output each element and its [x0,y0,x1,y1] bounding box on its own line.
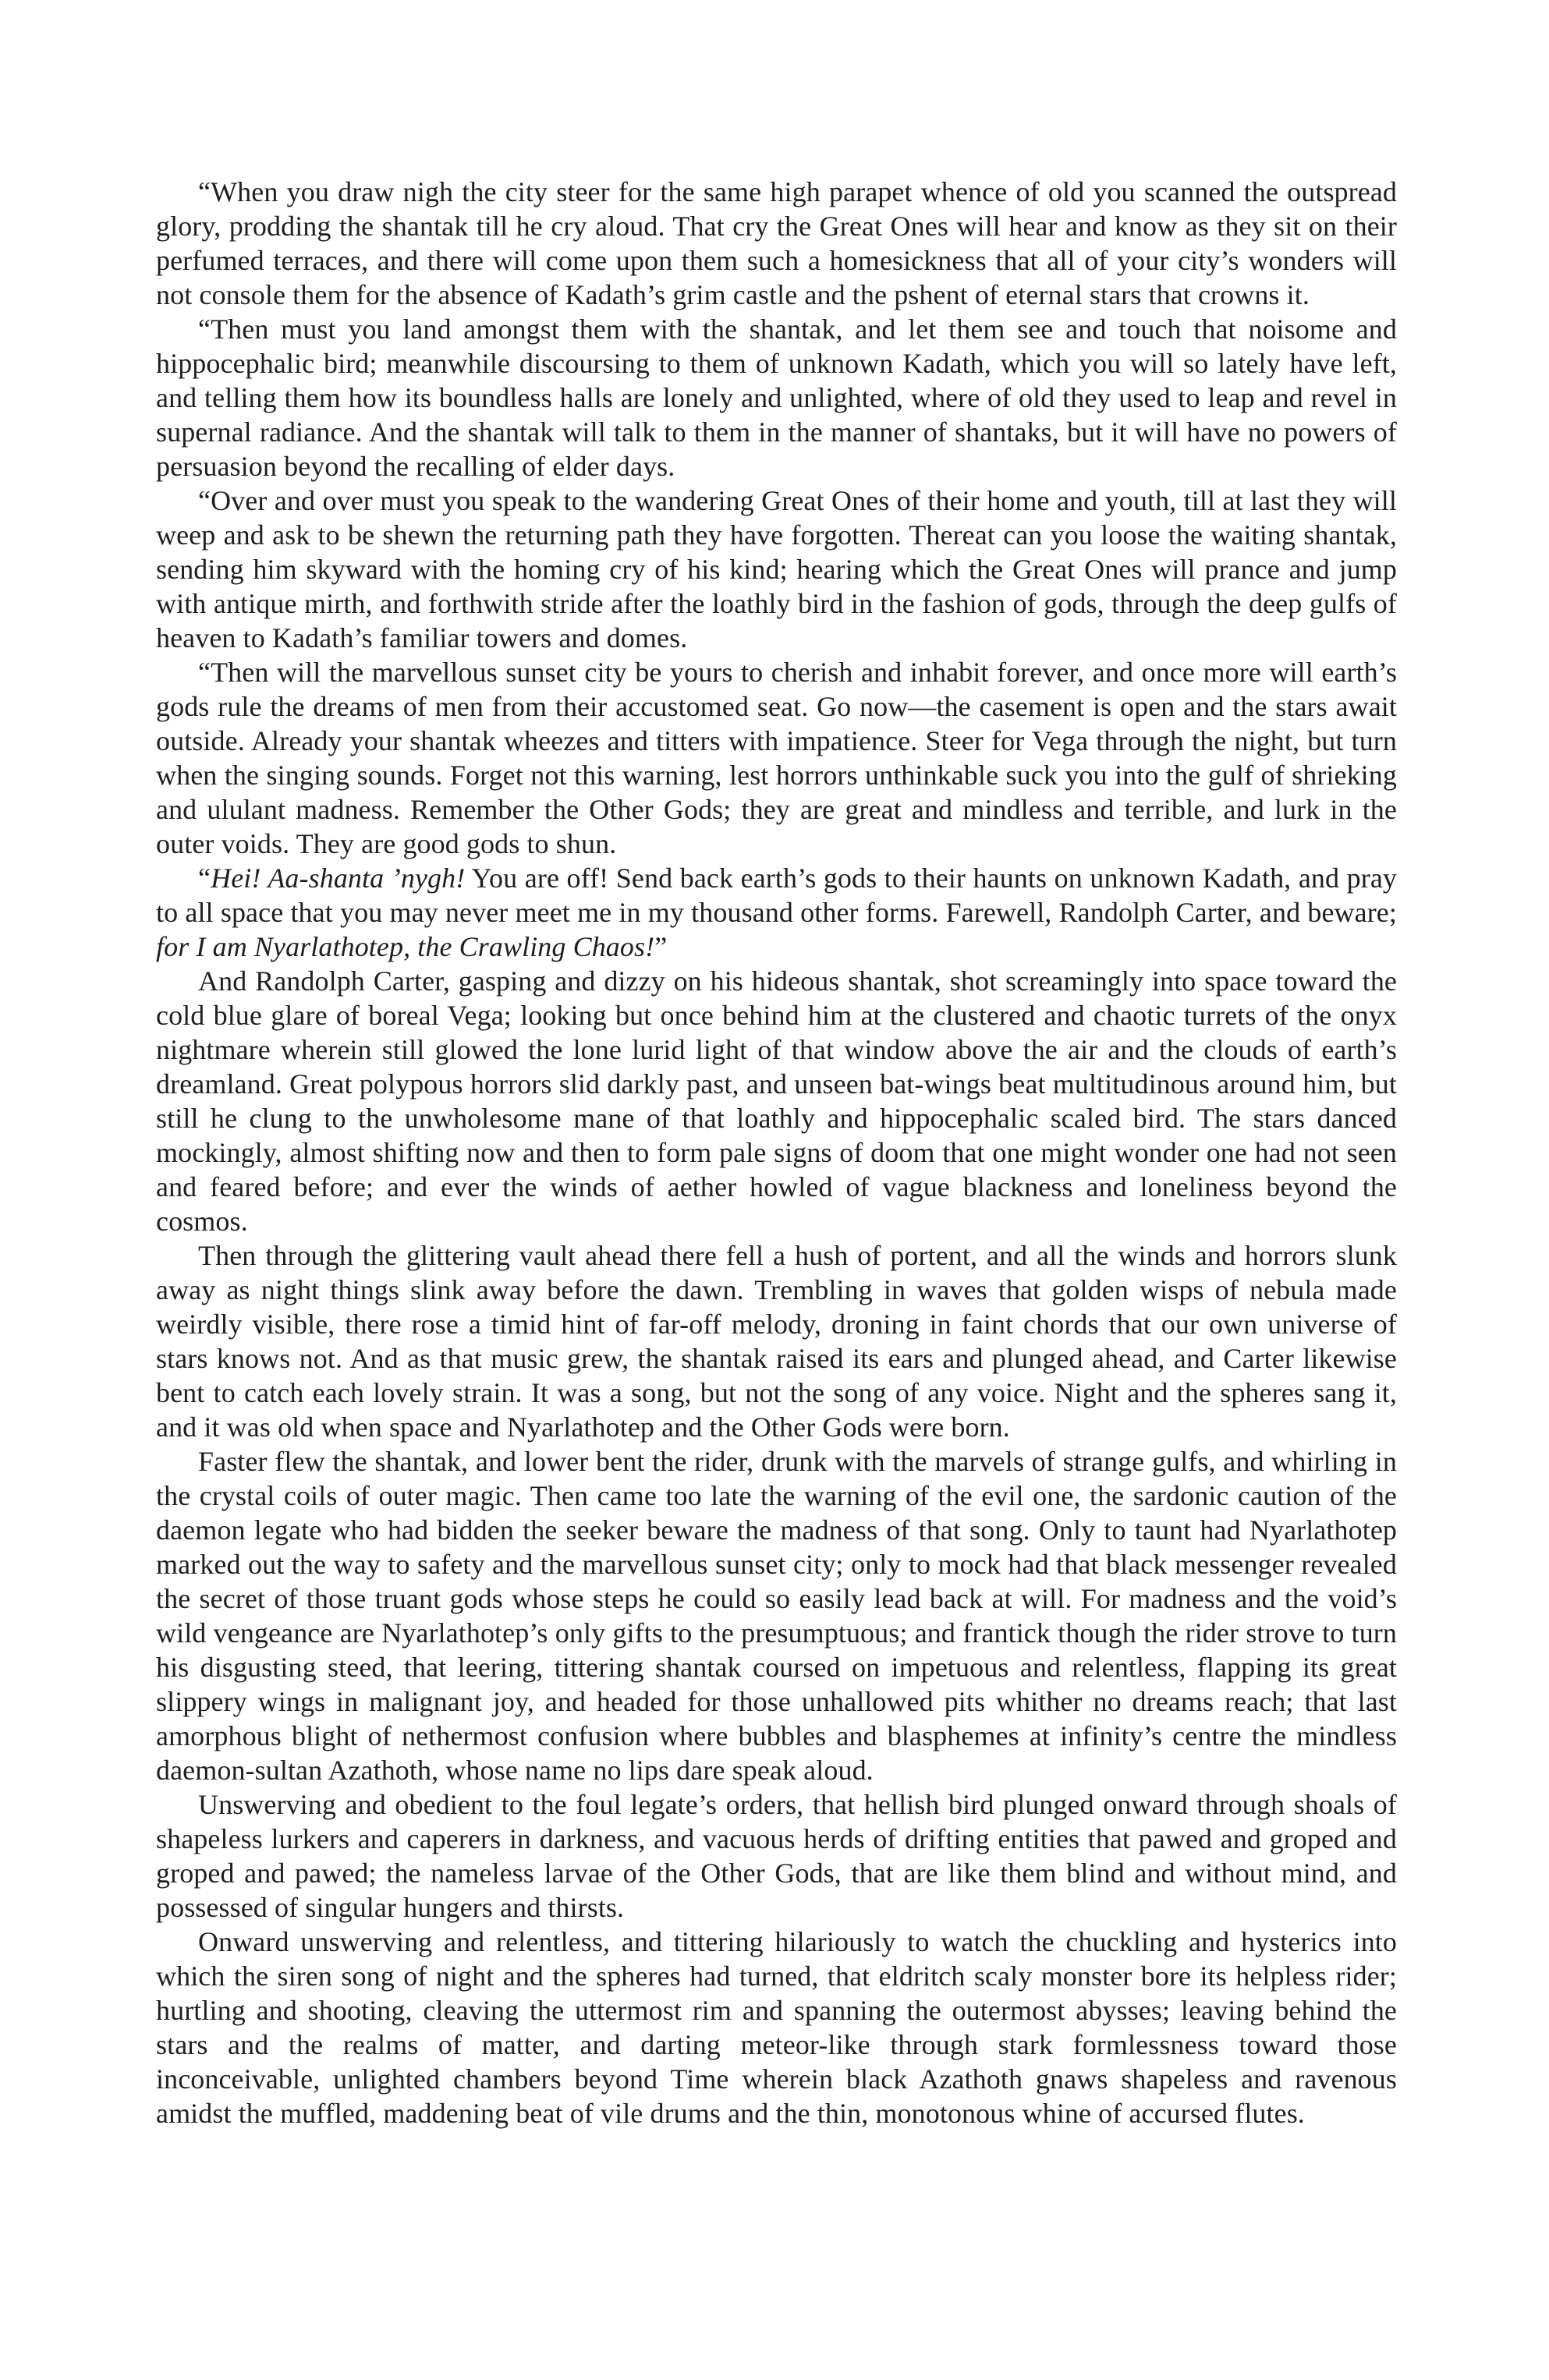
text-run: “Then must you land amongst them with th… [156,313,1397,482]
paragraph: Faster flew the shantak, and lower bent … [156,1444,1397,1787]
body-text-block: “When you draw nigh the city steer for t… [156,175,1397,2130]
text-run-italic: for I am Nyarlathotep, the Crawling Chao… [156,931,654,962]
paragraph: Then through the glittering vault ahead … [156,1238,1397,1444]
text-run: Faster flew the shantak, and lower bent … [156,1446,1397,1786]
text-run-italic: Hei! Aa-shanta ’nygh! [211,862,465,894]
text-run: “Then will the marvellous sunset city be… [156,657,1397,859]
text-run: Then through the glittering vault ahead … [156,1240,1397,1443]
paragraph: “Hei! Aa-shanta ’nygh! You are off! Send… [156,861,1397,964]
text-run: ” [654,931,667,962]
book-page: “When you draw nigh the city steer for t… [0,0,1549,2380]
paragraph: “Over and over must you speak to the wan… [156,483,1397,655]
text-run: Unswerving and obedient to the foul lega… [156,1789,1397,1923]
paragraph: And Randolph Carter, gasping and dizzy o… [156,964,1397,1238]
paragraph: “Then will the marvellous sunset city be… [156,655,1397,861]
paragraph: “Then must you land amongst them with th… [156,312,1397,483]
text-run: “Over and over must you speak to the wan… [156,485,1397,653]
text-run: And Randolph Carter, gasping and dizzy o… [156,965,1397,1237]
text-run: “When you draw nigh the city steer for t… [156,176,1397,310]
paragraph: “When you draw nigh the city steer for t… [156,175,1397,312]
text-run: “ [198,862,211,894]
text-run: Onward unswerving and relentless, and ti… [156,1926,1397,2129]
paragraph: Unswerving and obedient to the foul lega… [156,1787,1397,1925]
paragraph: Onward unswerving and relentless, and ti… [156,1925,1397,2130]
